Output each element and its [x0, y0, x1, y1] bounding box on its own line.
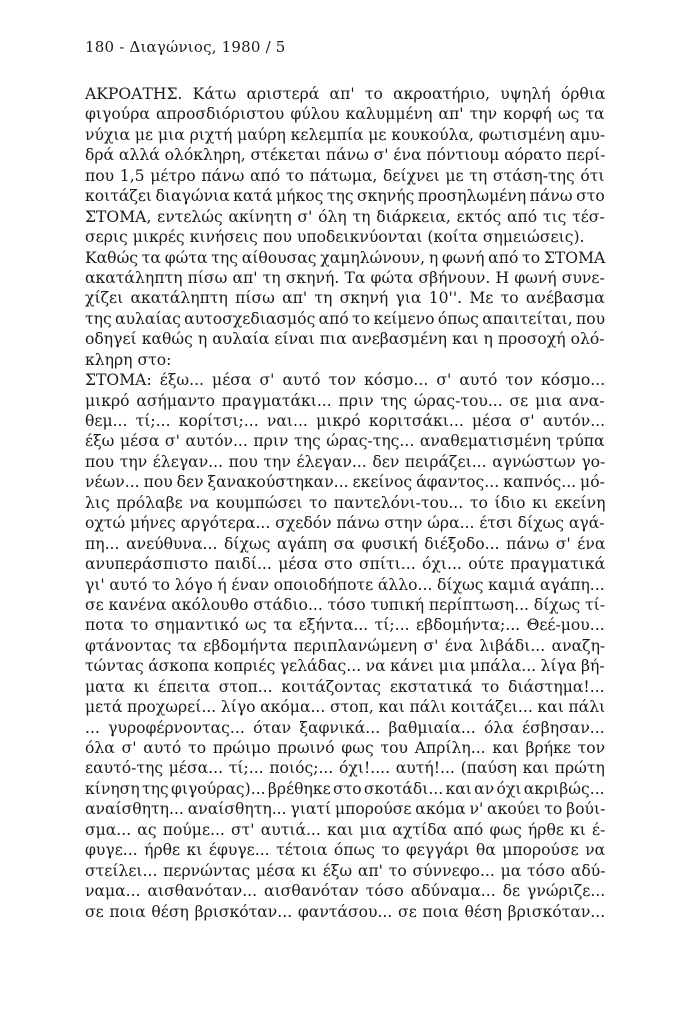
- text-line: σε κανένα ακόλουθο στάδιο... τόσο τυπική…: [85, 595, 605, 615]
- text-line: νύχια με μια ριχτή μαύρη κελεμπία με κου…: [85, 125, 605, 145]
- text-line: δρά αλλά ολόκληρη, στέκεται πάνω σ' ένα …: [85, 145, 605, 165]
- text-line: όλα σ' αυτό το πρώιμο πρωινό φως του Απρ…: [85, 738, 605, 758]
- text-line: ματα κι έπειτα στοπ... κοιτάζοντας εκστα…: [85, 677, 605, 697]
- text-line: στείλει... περνώντας μέσα κι έξω απ' το …: [85, 861, 605, 881]
- text-line: γι' αυτό το λόγο ή έναν οποιοδήποτε άλλο…: [85, 575, 605, 595]
- text-line: σερις μικρές κινήσεις που υποδεικνύονται…: [85, 227, 605, 247]
- text-line: νέων... που δεν ξανακούστηκαν... εκείνος…: [85, 472, 605, 492]
- text-line: κίνηση της φιγούρας)... βρέθηκε στο σκοτ…: [85, 779, 605, 799]
- text-line: ... γυροφέρνοντας... όταν ξαφνικά... βαθ…: [85, 718, 605, 738]
- text-line: ανυπεράσπιστο παιδί... μέσα στο σπίτι...…: [85, 554, 605, 574]
- text-line: ΣΤΟΜΑ, εντελώς ακίνητη σ' όλη τη διάρκει…: [85, 207, 605, 227]
- text-line: λις πρόλαβε να κουμπώσει το παντελόνι-το…: [85, 493, 605, 513]
- text-line: μετά προχωρεί... λίγο ακόμα... στοπ, και…: [85, 697, 605, 717]
- text-line: σε ποια θέση βρισκόταν... φαντάσου... σε…: [85, 902, 605, 922]
- text-line: φτάνοντας τα εβδομήντα περιπλανώμενη σ' …: [85, 636, 605, 656]
- text-line: θεμ... τί;... κορίτσι;... ναι... μικρό κ…: [85, 411, 605, 431]
- text-line: αναίσθητη... αναίσθητη... γιατί μπορούσε…: [85, 799, 605, 819]
- body-text: ΑΚΡΟΑΤΗΣ. Κάτω αριστερά απ' το ακροατήρι…: [85, 84, 605, 922]
- text-line: κληρη στο:: [85, 350, 605, 370]
- text-line: πη... ανεύθυνα... δίχως αγάπη σα φυσική …: [85, 534, 605, 554]
- scanned-page: 180 - Διαγώνιος, 1980 / 5 ΑΚΡΟΑΤΗΣ. Κάτω…: [0, 0, 693, 1024]
- text-line: ποτα το σημαντικό ως τα εξήντα... τί;...…: [85, 615, 605, 635]
- text-line: φυγε... ήρθε κι έφυγε... τέτοια όπως το …: [85, 840, 605, 860]
- text-line: Καθώς τα φώτα της αίθουσας χαμηλώνουν, η…: [85, 248, 605, 268]
- text-line: εαυτό-της μέσα... τί;... ποιός;... όχι!.…: [85, 758, 605, 778]
- text-line: σμα... ας πούμε... στ' αυτιά... και μια …: [85, 820, 605, 840]
- text-line: της αυλαίας αυτοσχεδιασμός από το κείμεν…: [85, 309, 605, 329]
- text-line: ΑΚΡΟΑΤΗΣ. Κάτω αριστερά απ' το ακροατήρι…: [85, 84, 605, 104]
- text-line: έξω μέσα σ' αυτόν... πριν της ώρας-της..…: [85, 431, 605, 451]
- text-line: κοιτάζει διαγώνια κατά μήκος της σκηνής …: [85, 186, 605, 206]
- text-line: φιγούρα απροσδιόριστου φύλου καλυμμένη α…: [85, 104, 605, 124]
- text-line: ΣΤΟΜΑ: έξω... μέσα σ' αυτό τον κόσμο... …: [85, 370, 605, 390]
- text-line: ναμα... αισθανόταν... αισθανόταν τόσο αδ…: [85, 881, 605, 901]
- text-line: ακατάληπτη πίσω απ' τη σκηνή. Τα φώτα σβ…: [85, 268, 605, 288]
- text-line: χίζει ακατάληπτη πίσω απ' τη σκηνή για 1…: [85, 288, 605, 308]
- text-line: που 1,5 μέτρο πάνω από το πάτωμα, δείχνε…: [85, 166, 605, 186]
- text-line: τώντας άσκοπα κοπριές γελάδας... να κάνε…: [85, 656, 605, 676]
- text-line: οχτώ μήνες αργότερα... σχεδόν πάνω στην …: [85, 513, 605, 533]
- text-line: που την έλεγαν... που την έλεγαν... δεν …: [85, 452, 605, 472]
- text-line: οδηγεί καθώς η αυλαία είναι πια ανεβασμέ…: [85, 329, 605, 349]
- running-head: 180 - Διαγώνιος, 1980 / 5: [85, 38, 286, 56]
- text-line: μικρό ασήμαντο πραγματάκι... πριν της ώρ…: [85, 391, 605, 411]
